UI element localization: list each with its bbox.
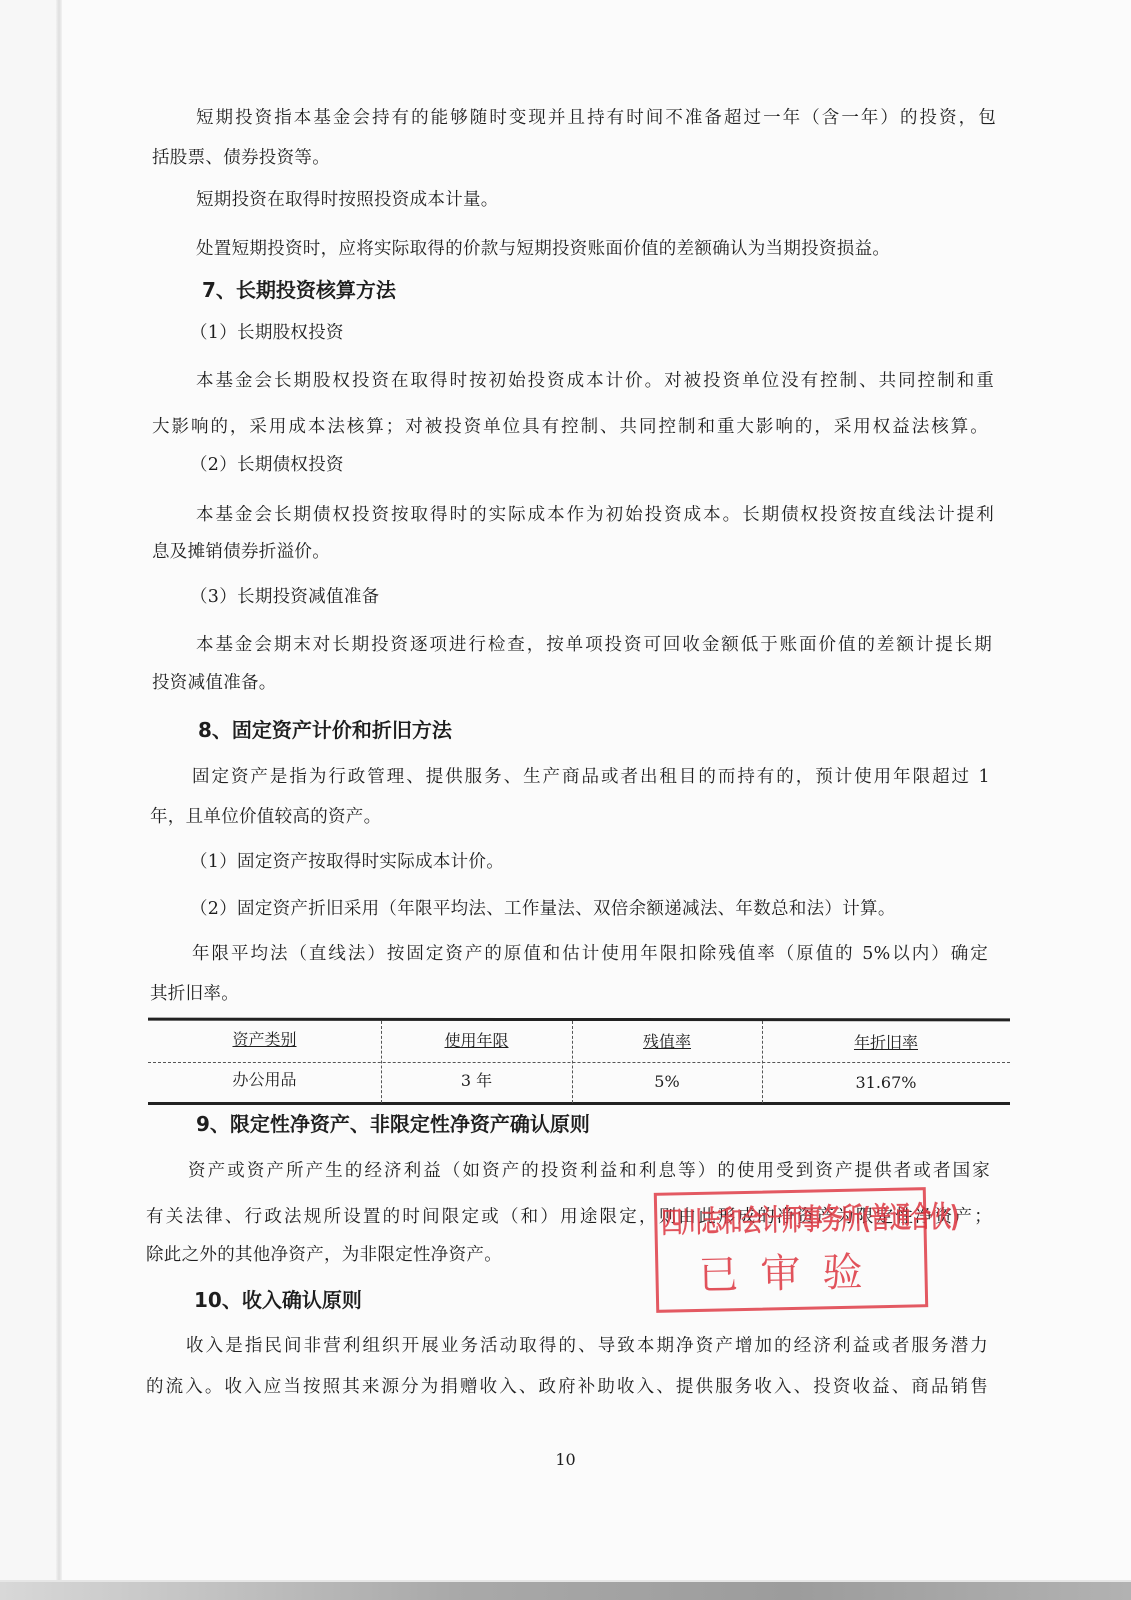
stamp-verified-text: 已审验: [658, 1246, 925, 1302]
audit-stamp: 四川志和会计师事务所(普通合伙) 已审验: [654, 1187, 928, 1313]
scanner-bottom-edge: [0, 1580, 1131, 1600]
paragraph-straight-line-line2: 其折旧率。: [150, 983, 239, 1005]
heading-section-9: 9、限定性净资产、非限定性净资产确认原则: [196, 1112, 590, 1136]
paragraph-debt-line2: 息及摊销债券折溢价。: [152, 541, 330, 563]
heading-section-7: 7、长期投资核算方法: [202, 278, 396, 302]
table-header-useful-life: 使用年限: [381, 1031, 572, 1051]
table-bottom-rule: [148, 1102, 1010, 1105]
paragraph-fixed-assets-line1: 固定资产是指为行政管理、提供服务、生产商品或者出租目的而持有的，预计使用年限超过…: [192, 766, 990, 788]
table-header-divider: [148, 1062, 1010, 1064]
heading-section-8: 8、固定资产计价和折旧方法: [198, 718, 452, 742]
document-page: 短期投资指本基金会持有的能够随时变现并且持有时间不准备超过一年（含一年）的投资，…: [0, 0, 1131, 1580]
subheading-impairment: （3）长期投资减值准备: [190, 586, 379, 608]
table-top-rule: [148, 1018, 1010, 1022]
subheading-long-term-debt: （2）长期债权投资: [190, 454, 344, 476]
paragraph-impairment-line1: 本基金会期末对长期投资逐项进行检查，按单项投资可回收金额低于账面价值的差额计提长…: [196, 634, 992, 656]
paragraph-restricted-line1: 资产或资产所产生的经济利益（如资产的投资利益和利息等）的使用受到资产提供者或者国…: [188, 1160, 990, 1182]
list-item-depreciation: （2）固定资产折旧采用（年限平均法、工作量法、双倍余额递减法、年数总和法）计算。: [190, 898, 896, 920]
table-header-residual-rate: 残值率: [572, 1032, 762, 1052]
list-item-cost: （1）固定资产按取得时实际成本计价。: [190, 851, 504, 873]
table-header-asset-type: 资产类别: [148, 1030, 381, 1050]
subheading-long-term-equity: （1）长期股权投资: [190, 322, 344, 344]
paragraph-revenue-line1: 收入是指民间非营利组织开展业务活动取得的、导致本期净资产增加的经济利益或者服务潜…: [186, 1335, 988, 1357]
table-header-annual-rate: 年折旧率: [762, 1033, 1010, 1053]
paragraph-straight-line-line1: 年限平均法（直线法）按固定资产的原值和估计使用年限扣除残值率（原值的 5%以内）…: [192, 943, 988, 965]
paragraph-equity-line1: 本基金会长期股权投资在取得时按初始投资成本计价。对被投资单位没有控制、共同控制和…: [196, 370, 994, 392]
paragraph-fixed-assets-line2: 年，且单位价值较高的资产。: [150, 806, 381, 828]
paragraph-equity-line2: 大影响的，采用成本法核算；对被投资单位具有控制、共同控制和重大影响的，采用权益法…: [152, 416, 988, 438]
paragraph-revenue-line2: 的流入。收入应当按照其来源分为捐赠收入、政府补助收入、提供服务收入、投资收益、商…: [146, 1376, 988, 1398]
paragraph-short-term-disposal: 处置短期投资时，应将实际取得的价款与短期投资账面价值的差额确认为当期投资损益。: [196, 238, 890, 260]
paragraph-restricted-line3: 除此之外的其他净资产，为非限定性净资产。: [146, 1244, 502, 1266]
paragraph-short-term-measurement: 短期投资在取得时按照投资成本计量。: [196, 189, 499, 211]
table-cell-residual-rate: 5%: [572, 1072, 762, 1092]
page-number: 10: [0, 1450, 1131, 1469]
paragraph-short-term-line1: 短期投资指本基金会持有的能够随时变现并且持有时间不准备超过一年（含一年）的投资，…: [196, 107, 996, 129]
paragraph-debt-line1: 本基金会长期债权投资按取得时的实际成本作为初始投资成本。长期债权投资按直线法计提…: [196, 504, 994, 526]
stamp-firm-name: 四川志和会计师事务所(普通合伙): [661, 1196, 920, 1243]
paragraph-short-term-line2: 括股票、债券投资等。: [152, 147, 330, 169]
table-cell-useful-life: 3 年: [381, 1071, 572, 1091]
paragraph-impairment-line2: 投资减值准备。: [152, 672, 277, 694]
table-cell-annual-rate: 31.67%: [762, 1073, 1010, 1093]
heading-section-10: 10、收入确认原则: [194, 1288, 362, 1312]
table-cell-asset-type: 办公用品: [148, 1070, 381, 1090]
